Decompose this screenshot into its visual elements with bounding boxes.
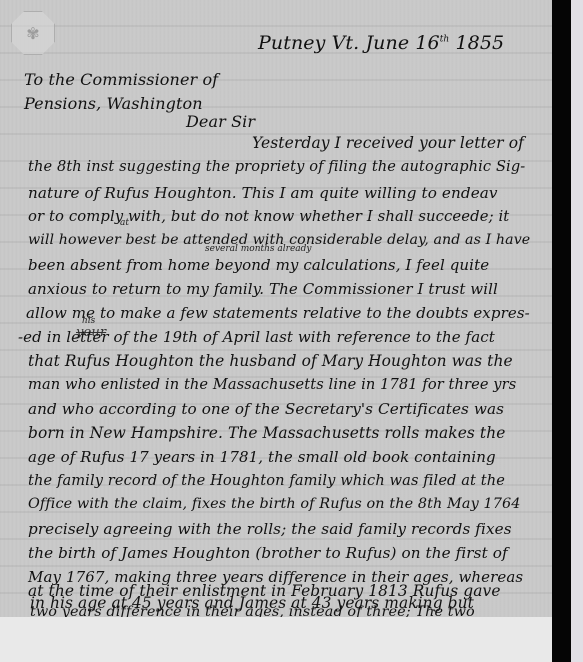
body-line: the family record of the Houghton family… (28, 472, 505, 489)
date-suffix: th (440, 35, 450, 45)
scan-edge-dark (552, 0, 571, 662)
scan-edge-light (571, 0, 583, 662)
letter-paper: ✾ Putney Vt. June 16th 1855 To the Commi… (0, 0, 552, 617)
insertion-at: at (120, 218, 129, 228)
body-line: man who enlisted in the Massachusetts li… (28, 376, 516, 393)
body-line: that Rufus Houghton the husband of Mary … (28, 352, 513, 370)
body-line: Yesterday I received your letter of (252, 134, 524, 152)
year: 1855 (455, 32, 504, 54)
body-line: born in New Hampshire. The Massachusetts… (28, 424, 505, 442)
body-line: the 8th inst suggesting the propriety of… (28, 158, 525, 175)
addressee-line-1: To the Commissioner of (24, 70, 218, 89)
place-date: Putney Vt. June 16th 1855 (258, 32, 504, 54)
place-date-text: Putney Vt. June 16 (258, 32, 440, 54)
body-line: and who according to one of the Secretar… (28, 400, 504, 418)
body-line: age of Rufus 17 years in 1781, the small… (28, 448, 496, 466)
body-line: Office with the claim, fixes the birth o… (28, 496, 521, 512)
embossed-seal-icon: ✾ (11, 11, 55, 55)
body-line: been absent from home beyond my calculat… (28, 256, 489, 274)
body-line: the birth of James Houghton (brother to … (28, 544, 508, 562)
body-line: nature of Rufus Houghton. This I am quit… (28, 184, 498, 202)
body-line: precisely agreeing with the rolls; the s… (28, 520, 512, 538)
document-page: ✾ Putney Vt. June 16th 1855 To the Commi… (0, 0, 552, 662)
addressee-line-2: Pensions, Washington (24, 94, 203, 113)
body-line: anxious to return to my family. The Comm… (28, 280, 498, 298)
body-line: or to comply with, but do not know wheth… (28, 208, 509, 225)
paper-bottom-margin (0, 617, 552, 662)
body-line: -ed in letter of the 19th of April last … (18, 328, 495, 346)
insertion-several-months: several months already (205, 244, 312, 254)
salutation: Dear Sir (186, 112, 255, 131)
body-line: allow me to make a few statements relati… (26, 304, 530, 322)
